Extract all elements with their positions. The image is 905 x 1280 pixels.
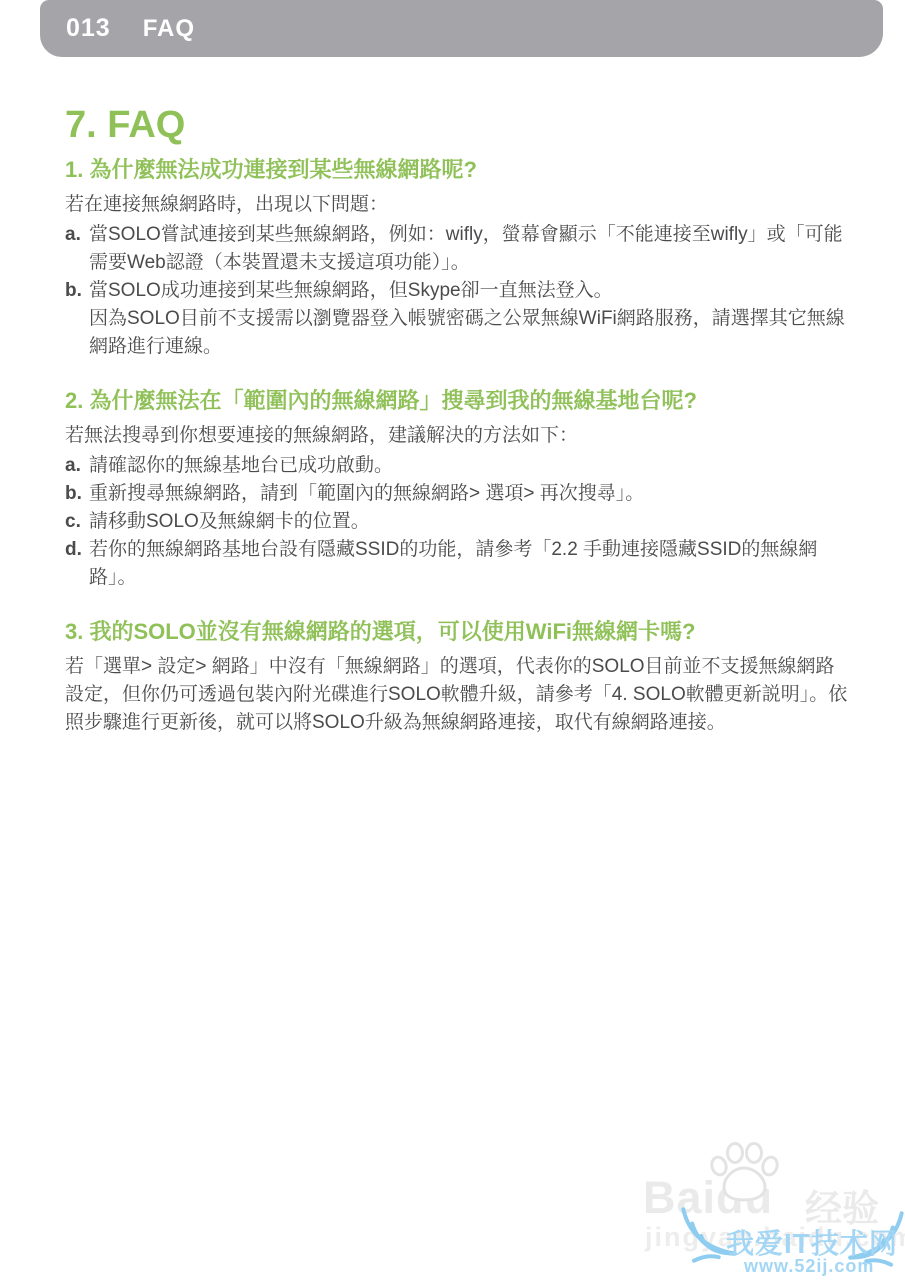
question-1-heading: 1. 為什麼無法成功連接到某些無線網路呢?	[65, 156, 848, 183]
faq-question-2: 2. 為什麼無法在「範圍內的無線網路」搜尋到我的無線基地台呢? 若無法搜尋到你想…	[65, 387, 848, 592]
list-marker: c.	[65, 508, 89, 536]
question-2-intro: 若無法搜尋到你想要連接的無線網路，建議解決的方法如下：	[65, 422, 848, 450]
list-item-text: 因為SOLO目前不支援需以瀏覽器登入帳號密碼之公眾無線WiFi網路服務，請選擇其…	[89, 305, 848, 361]
list-item: b. 重新搜尋無線網路，請到「範圍內的無線網路> 選項> 再次搜尋」。	[65, 480, 848, 508]
content-area: 7. FAQ 1. 為什麼無法成功連接到某些無線網路呢? 若在連接無線網路時，出…	[65, 104, 848, 737]
baidu-brand-text: Baidu	[643, 1172, 773, 1224]
it52-site-name: 我爱IT技术网	[726, 1222, 898, 1262]
header-section-title: FAQ	[143, 15, 195, 43]
list-item: d. 若你的無線網路基地台設有隱藏SSID的功能，請參考「2.2 手動連接隱藏S…	[65, 536, 848, 592]
wing-right-icon	[845, 1206, 905, 1272]
baidu-jingyan-watermark: Baidu 经验 jingyan.baidu.com	[643, 1146, 888, 1256]
wing-left-icon	[678, 1202, 740, 1268]
list-item-text: 重新搜尋無線網路，請到「範圍內的無線網路> 選項> 再次搜尋」。	[89, 480, 848, 508]
list-item-text: 請確認你的無線基地台已成功啟動。	[89, 452, 848, 480]
list-marker: b.	[65, 480, 89, 508]
question-3-heading: 3. 我的SOLO並沒有無線網路的選項，可以使用WiFi無線網卡嗎?	[65, 618, 848, 645]
list-marker: a.	[65, 452, 89, 480]
list-item-text: 請移動SOLO及無線網卡的位置。	[89, 508, 848, 536]
question-1-intro: 若在連接無線網路時，出現以下問題：	[65, 191, 848, 219]
list-item: a. 請確認你的無線基地台已成功啟動。	[65, 452, 848, 480]
list-item-text: 當SOLO嘗試連接到某些無線網路，例如：wifly，螢幕會顯示「不能連接至wif…	[89, 221, 848, 277]
page-number: 013	[66, 14, 111, 43]
question-2-heading: 2. 為什麼無法在「範圍內的無線網路」搜尋到我的無線基地台呢?	[65, 387, 848, 414]
list-marker: b.	[65, 277, 89, 305]
list-marker: d.	[65, 536, 89, 564]
it52-site-url: www.52ij.com	[744, 1256, 874, 1277]
baidu-paw-icon	[707, 1142, 781, 1202]
page-title: 7. FAQ	[65, 104, 848, 146]
list-item-text: 當SOLO成功連接到某些無線網路，但Skype卻一直無法登入。	[89, 277, 848, 305]
it52-watermark: 我爱IT技术网 www.52ij.com	[678, 1196, 905, 1280]
baidu-jingyan-url: jingyan.baidu.com	[645, 1222, 905, 1253]
faq-question-1: 1. 為什麼無法成功連接到某些無線網路呢? 若在連接無線網路時，出現以下問題： …	[65, 156, 848, 361]
manual-page: 013 FAQ 7. FAQ 1. 為什麼無法成功連接到某些無線網路呢? 若在連…	[0, 0, 905, 1280]
list-item: c. 請移動SOLO及無線網卡的位置。	[65, 508, 848, 536]
list-item-text: 若你的無線網路基地台設有隱藏SSID的功能，請參考「2.2 手動連接隱藏SSID…	[89, 536, 848, 592]
faq-question-3: 3. 我的SOLO並沒有無線網路的選項，可以使用WiFi無線網卡嗎? 若「選單>…	[65, 618, 848, 737]
baidu-jingyan-text: 经验	[805, 1178, 879, 1232]
question-3-body: 若「選單> 設定> 網路」中沒有「無線網路」的選項，代表你的SOLO目前並不支援…	[65, 653, 848, 737]
list-item: b. 當SOLO成功連接到某些無線網路，但Skype卻一直無法登入。 因為SOL…	[65, 277, 848, 361]
page-header-bar: 013 FAQ	[40, 0, 883, 57]
list-marker: a.	[65, 221, 89, 249]
list-item: a. 當SOLO嘗試連接到某些無線網路，例如：wifly，螢幕會顯示「不能連接至…	[65, 221, 848, 277]
